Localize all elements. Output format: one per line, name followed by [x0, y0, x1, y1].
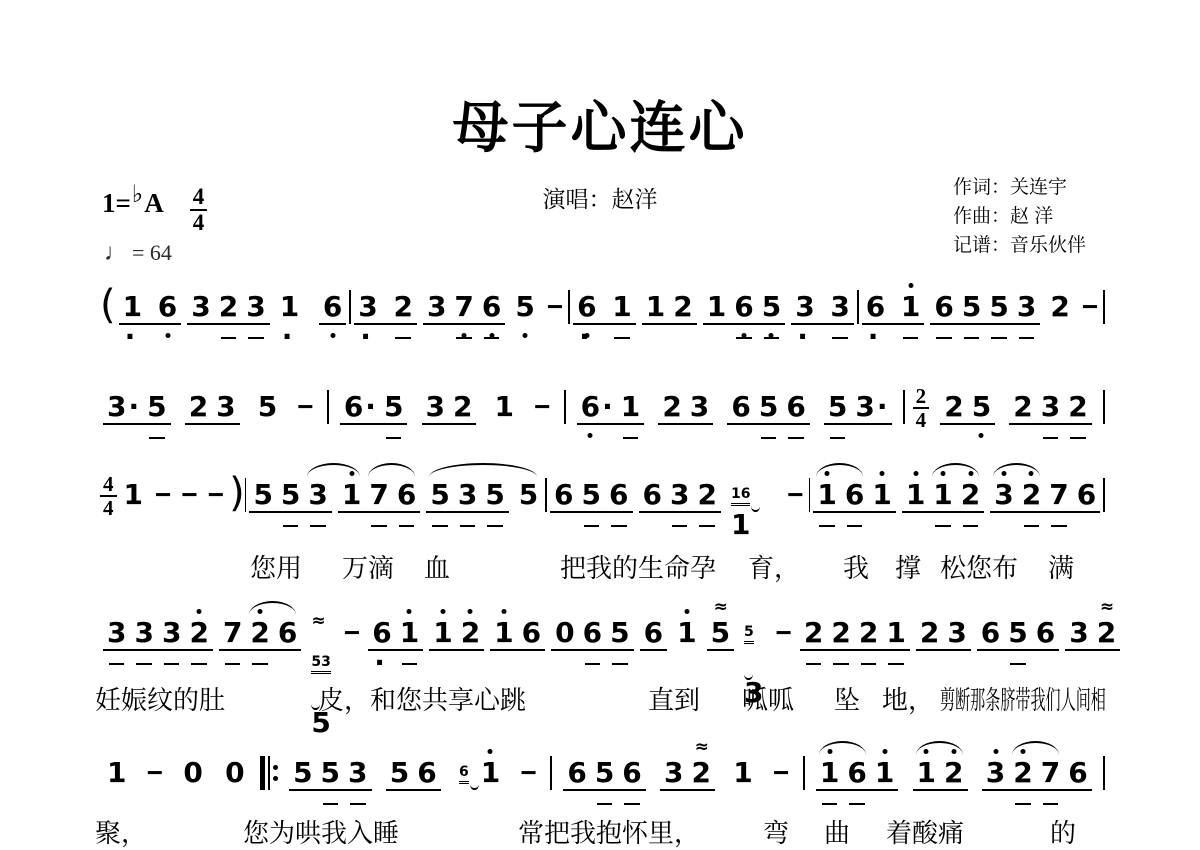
lyric-segment: 坠 — [834, 680, 860, 717]
note-digit: 2 — [1022, 480, 1041, 510]
note: 3 — [1037, 382, 1064, 440]
score-line: (1·63231·63·23765−6·1121653·36·165532− — [100, 282, 1105, 340]
barline — [803, 756, 805, 790]
sixteenth-beam — [672, 525, 687, 527]
sixteenth-beam — [788, 437, 803, 439]
lyric-segment: 妊娠纹的肚 — [95, 680, 225, 717]
slur-icon — [819, 741, 866, 755]
sixteenth-beam — [830, 437, 845, 439]
note: 5 — [758, 282, 785, 340]
note: 1 — [929, 470, 956, 528]
note-digit: 2 — [859, 618, 878, 648]
time-signature: 4 4 — [190, 186, 208, 234]
eighth-beam — [707, 649, 734, 651]
barline — [1103, 390, 1105, 424]
note-digit: 3 — [855, 392, 874, 422]
beam-group: 553 — [246, 470, 334, 528]
note: 2 — [827, 608, 854, 666]
eighth-beam — [490, 649, 545, 651]
lyric-segment: 的 — [1050, 813, 1076, 850]
lyric-segment: 满 — [1048, 548, 1074, 585]
beam-group: 1 — [117, 470, 150, 528]
note: 6 — [727, 382, 754, 440]
beam-group: 112 — [899, 470, 987, 528]
lyrics-line: 您用万滴血把我的生命孕育，我撑松您布满 — [0, 548, 1200, 584]
note-digit: 6 — [981, 618, 1000, 648]
note-digit: 7 — [1049, 480, 1068, 510]
beam-group: 232 — [1006, 382, 1094, 440]
octave-dot-low — [165, 333, 170, 338]
note: 5 — [985, 282, 1012, 340]
parenthesis: ( — [100, 282, 116, 323]
note-digit: 6 — [643, 480, 662, 510]
barline — [1103, 290, 1105, 324]
eighth-beam — [727, 423, 809, 425]
note-digit: 1 — [917, 758, 936, 788]
mordent-icon: ≈ — [1100, 600, 1113, 614]
mordent-icon: ≈ — [311, 614, 324, 628]
note: 5 — [481, 470, 508, 528]
beam-group: 2 — [1043, 282, 1076, 340]
note: 2 — [215, 282, 242, 340]
note: 5 — [968, 382, 995, 440]
note-digit: 1 — [901, 292, 920, 322]
note-digit: 5 — [972, 392, 991, 422]
note: ≈5 — [707, 608, 734, 666]
sixteenth-beam — [149, 437, 164, 439]
note: 2 — [916, 608, 943, 666]
note-digit: 1 — [342, 480, 361, 510]
sixteenth-beam — [699, 525, 714, 527]
octave-dot-high — [197, 609, 202, 614]
note-digit: 5 — [253, 480, 272, 510]
lyric-segment: 万滴 — [342, 548, 394, 585]
note-digit: 6 — [1077, 480, 1096, 510]
eighth-beam — [658, 423, 713, 425]
octave-dot-high — [407, 609, 412, 614]
augmentation-dot: · — [128, 390, 139, 423]
note: 5 — [249, 470, 276, 528]
beam-group: 1 — [100, 748, 133, 806]
note-digit: 3 — [690, 392, 709, 422]
note: 1 — [897, 282, 924, 340]
beam-group: 12 — [910, 748, 971, 806]
note: 5 — [824, 382, 851, 440]
sixteenth-beam — [597, 803, 612, 805]
note-digit: 5 — [582, 480, 601, 510]
eighth-beam — [660, 789, 715, 791]
dash-note: − — [292, 382, 318, 432]
note-digit: 3 — [426, 392, 445, 422]
meter-denominator: 4 — [916, 409, 927, 430]
barline — [903, 390, 905, 424]
note-digit: 3 — [1041, 392, 1060, 422]
sixteenth-beam — [819, 525, 834, 527]
grace-note: 16 — [731, 487, 750, 502]
sixteenth-beam — [584, 525, 599, 527]
note: 2 — [449, 382, 476, 440]
note-digit: 5 — [390, 758, 409, 788]
sixteenth-beam — [963, 525, 978, 527]
note: 1 — [816, 748, 843, 806]
eighth-beam — [185, 423, 240, 425]
note: 6 — [393, 470, 420, 528]
eighth-beam — [982, 789, 1092, 791]
note: 61 — [455, 748, 504, 806]
note: 6 — [618, 748, 645, 806]
eighth-beam — [816, 789, 898, 791]
lyric-segment: 曲 — [824, 813, 850, 850]
eighth-beam — [550, 511, 632, 513]
note: 1 — [729, 748, 756, 806]
note: 5 — [426, 470, 453, 528]
sixteenth-beam — [248, 337, 263, 339]
note: 5 — [254, 382, 281, 440]
lyric-segment: 地， — [882, 680, 934, 717]
score-line: 1−005535661−6563≈21−161123276 — [100, 748, 1105, 806]
note-digit: 3 — [216, 392, 235, 422]
dash-note: − — [768, 748, 794, 798]
note: 3· — [791, 282, 826, 370]
eighth-beam — [824, 423, 892, 425]
note: 0 — [221, 748, 248, 806]
note-digit: 2 — [250, 618, 269, 648]
note-digit: 3 — [1069, 618, 1088, 648]
note: 2 — [855, 608, 882, 666]
eighth-beam — [423, 323, 505, 325]
octave-dot-high — [880, 471, 885, 476]
note: 3 — [1065, 608, 1092, 666]
note: 3 — [943, 608, 970, 666]
note-digit: 7 — [369, 480, 388, 510]
note: 6 — [579, 608, 606, 666]
note-digit: 2 — [692, 758, 711, 788]
note: 1 — [120, 470, 147, 528]
sixteenth-beam — [460, 525, 475, 527]
eighth-beam — [338, 511, 420, 513]
note: 6 — [413, 748, 440, 806]
note: 5 — [277, 470, 304, 528]
note-digit: 6 — [567, 758, 586, 788]
beam-group: 2221 — [797, 608, 913, 666]
slur-icon — [307, 463, 360, 477]
note-digit: 6 — [866, 292, 885, 322]
beam-group: 3·2 — [351, 282, 420, 370]
note-digit: 2 — [393, 292, 412, 322]
sixteenth-beam — [764, 337, 779, 339]
repeat-thin-bar — [268, 756, 270, 790]
note: 1 — [673, 608, 700, 666]
sixteenth-beam — [964, 337, 979, 339]
note: 7 — [219, 608, 246, 666]
note: 1 — [491, 382, 518, 440]
sixteenth-beam — [484, 337, 499, 339]
barline — [564, 390, 566, 424]
lyric-segment: 您用 — [250, 548, 302, 585]
parenthesis: ) — [229, 470, 245, 511]
sixteenth-beam — [832, 337, 847, 339]
slur-icon — [916, 741, 963, 755]
note: 2 — [669, 282, 696, 340]
flat-icon: ♭ — [132, 180, 143, 210]
eighth-beam — [813, 511, 895, 513]
tie-icon — [751, 504, 760, 512]
barline — [1103, 756, 1105, 790]
note-digit: 5 — [610, 618, 629, 648]
tie-icon — [470, 782, 479, 790]
note-digit: 6 — [1036, 618, 1055, 648]
note: 1 — [429, 608, 456, 666]
note-digit: 3 — [107, 392, 126, 422]
note-digit: 2 — [1013, 758, 1032, 788]
dash-note: − — [142, 748, 168, 798]
sixteenth-beam — [1024, 525, 1039, 527]
octave-dot-high — [882, 749, 887, 754]
note-digit: 5 — [485, 480, 504, 510]
note-digit: 1 — [677, 618, 696, 648]
beam-group: 6·1 — [859, 282, 928, 370]
note: 3 — [344, 748, 371, 806]
beam-group: 656 — [974, 608, 1062, 666]
note-digit: 1 — [707, 292, 726, 322]
note-digit: 1 — [817, 480, 836, 510]
note: 6 — [639, 470, 666, 528]
meter-denominator: 4 — [103, 497, 114, 518]
note: 6 — [782, 382, 809, 440]
note-digit: 3 — [107, 618, 126, 648]
barline — [550, 756, 552, 790]
note: 3 — [187, 282, 214, 340]
key-signature: 1=♭A 4 4 — [102, 188, 207, 234]
note-digit: 3 — [664, 758, 683, 788]
dash-note: − — [176, 470, 202, 520]
sixteenth-beam — [487, 525, 502, 527]
note: 5 — [317, 748, 344, 806]
note: ≈2 — [1093, 608, 1120, 666]
sixteenth-beam — [1010, 663, 1025, 665]
note: 7 — [1037, 748, 1064, 806]
note-digit: 1 — [494, 618, 513, 648]
sixteenth-beam — [847, 525, 862, 527]
octave-dot-low — [979, 433, 984, 438]
note-digit: 2 — [189, 392, 208, 422]
note: 3 — [666, 470, 693, 528]
song-title: 母子心连心 — [0, 84, 1200, 164]
eighth-beam — [977, 649, 1059, 651]
note-digit: 3 — [986, 758, 1005, 788]
note: 2 — [957, 470, 984, 528]
augmentation-dot: · — [877, 390, 888, 423]
sixteenth-beam — [612, 663, 627, 665]
sixteenth-beam — [861, 663, 876, 665]
sixteenth-beam — [191, 663, 206, 665]
eighth-beam — [422, 423, 477, 425]
sixteenth-beam — [761, 437, 776, 439]
sixteenth-beam — [323, 803, 338, 805]
sixteenth-beam — [1015, 803, 1030, 805]
note-digit: 3 — [308, 480, 327, 510]
sixteenth-beam — [624, 803, 639, 805]
barline — [327, 390, 329, 424]
octave-dot-low — [588, 433, 593, 438]
sixteenth-beam — [164, 663, 179, 665]
note: 3 — [103, 608, 130, 666]
note-digit: 3 — [670, 480, 689, 510]
note: 6 — [640, 608, 667, 666]
note-digit: 3 — [427, 292, 446, 322]
eighth-beam — [573, 323, 636, 325]
note-digit: 6 — [581, 392, 600, 422]
note-digit: 6 — [372, 618, 391, 648]
beam-group: 6·5 — [337, 382, 411, 440]
note: 6· — [577, 382, 617, 440]
note-digit: 3 — [162, 618, 181, 648]
lyric-segment: 育， — [748, 548, 800, 585]
sixteenth-beam — [283, 525, 298, 527]
note: 1 — [490, 608, 517, 666]
note-digit: 6 — [786, 392, 805, 422]
time-signature: 44 — [100, 474, 117, 518]
note-digit: 2 — [673, 292, 692, 322]
meter-numerator: 2 — [913, 386, 930, 409]
note-digit: 1 — [280, 292, 299, 322]
note: 3 — [454, 470, 481, 528]
note-digit: 2 — [1097, 618, 1116, 648]
note-digit: 3 — [134, 618, 153, 648]
note: 2 — [389, 282, 416, 340]
beam-group: 5 — [512, 470, 545, 528]
note: 6 — [930, 282, 957, 340]
note-digit: 3 — [191, 292, 210, 322]
sixteenth-beam — [399, 525, 414, 527]
note: 1 — [642, 282, 669, 340]
repeat-start-icon — [260, 756, 278, 790]
note: 3 — [990, 470, 1017, 528]
sixteenth-beam — [936, 337, 951, 339]
note: 6 — [841, 470, 868, 528]
note-digit: 2 — [453, 392, 472, 422]
beam-group: 3≈2 — [1062, 608, 1123, 666]
note: 2 — [940, 748, 967, 806]
eighth-beam — [103, 649, 213, 651]
note: 1 — [396, 608, 423, 666]
note-digit: 5 — [828, 392, 847, 422]
beam-group: 065 — [548, 608, 636, 666]
octave-dot-high — [468, 609, 473, 614]
note-digit: 7 — [1041, 758, 1060, 788]
beam-group: 23 — [655, 382, 716, 440]
note: 3· — [103, 382, 143, 440]
sixteenth-beam — [849, 803, 864, 805]
beam-group: 1 — [670, 608, 703, 666]
note-digit: 3 — [458, 480, 477, 510]
sixteenth-beam — [386, 437, 401, 439]
beam-group: 1 — [488, 382, 521, 440]
beam-group: 61 — [452, 748, 507, 806]
eighth-beam — [577, 423, 645, 425]
note-digit: 1 — [933, 480, 952, 510]
beam-group: 726 — [216, 608, 304, 666]
eighth-beam — [429, 649, 484, 651]
note: 3 — [158, 608, 185, 666]
note: 3 — [422, 382, 449, 440]
note-digit: 2 — [1050, 292, 1069, 322]
note-digit: 5 — [293, 758, 312, 788]
note: 6 — [1073, 470, 1100, 528]
beam-group: 6·1 — [570, 282, 639, 370]
note-digit: 6 — [609, 480, 628, 510]
note-digit: 2 — [461, 618, 480, 648]
note: 6 — [478, 282, 505, 340]
note-digit: 0 — [555, 618, 574, 648]
octave-dot-high — [993, 749, 998, 754]
beam-group: 6553 — [927, 282, 1043, 340]
note: 1 — [882, 608, 909, 666]
note-digit: 6 — [278, 618, 297, 648]
meter-numerator: 4 — [190, 186, 208, 211]
beam-group: 12 — [639, 282, 700, 340]
sixteenth-beam — [252, 663, 267, 665]
note: 6 — [977, 608, 1004, 666]
mordent-icon: ≈ — [714, 600, 727, 614]
note: 6 — [563, 748, 590, 806]
beam-group: 23 — [913, 608, 974, 666]
eighth-beam — [219, 649, 301, 651]
lyric-segment: 呱呱 — [742, 680, 794, 717]
grace-digits: 16 — [731, 486, 750, 506]
octave-dot-high — [501, 609, 506, 614]
sixteenth-beam — [109, 663, 124, 665]
beam-group: 323 — [184, 282, 272, 340]
note-digit: 6 — [482, 292, 501, 322]
sixteenth-beam — [402, 663, 417, 665]
beam-group: 632 — [636, 470, 724, 528]
beam-group: 535 — [423, 470, 511, 528]
note-digit: 5 — [1008, 618, 1027, 648]
sixteenth-beam — [221, 337, 236, 339]
sixteenth-beam — [806, 663, 821, 665]
sixteenth-beam — [1019, 337, 1034, 339]
note-digit: 1 — [124, 480, 143, 510]
note-digit: 2 — [920, 618, 939, 648]
note: 5 — [380, 382, 407, 440]
beam-group: 376 — [420, 282, 508, 340]
beam-group: 3·5 — [100, 382, 174, 440]
note-digit: 5 — [515, 292, 534, 322]
note: 6 — [550, 470, 577, 528]
sixteenth-beam — [1051, 525, 1066, 527]
beam-group: 161 — [810, 470, 898, 528]
augmentation-dot: · — [282, 320, 293, 353]
note-digit: 5 — [762, 292, 781, 322]
note: 3 — [982, 748, 1009, 806]
beam-group: 161 — [724, 470, 782, 558]
eighth-beam — [1065, 649, 1120, 651]
octave-dot-high — [488, 749, 493, 754]
lyrics-line: 妊娠纹的肚皮，和您共享心跳直到呱呱坠地，剪断那条脐带我们人间相 — [0, 680, 1200, 716]
beam-group: 12 — [426, 608, 487, 666]
grace-digits: 53 — [311, 654, 330, 674]
eighth-beam — [902, 511, 984, 513]
note-digit: 1 — [107, 758, 126, 788]
sixteenth-beam — [833, 663, 848, 665]
sixteenth-beam — [736, 337, 751, 339]
eighth-beam — [642, 323, 697, 325]
note: 6 — [730, 282, 757, 340]
note: ≈2 — [688, 748, 715, 806]
note-digit: 1 — [906, 480, 925, 510]
note: 3 — [826, 282, 853, 340]
